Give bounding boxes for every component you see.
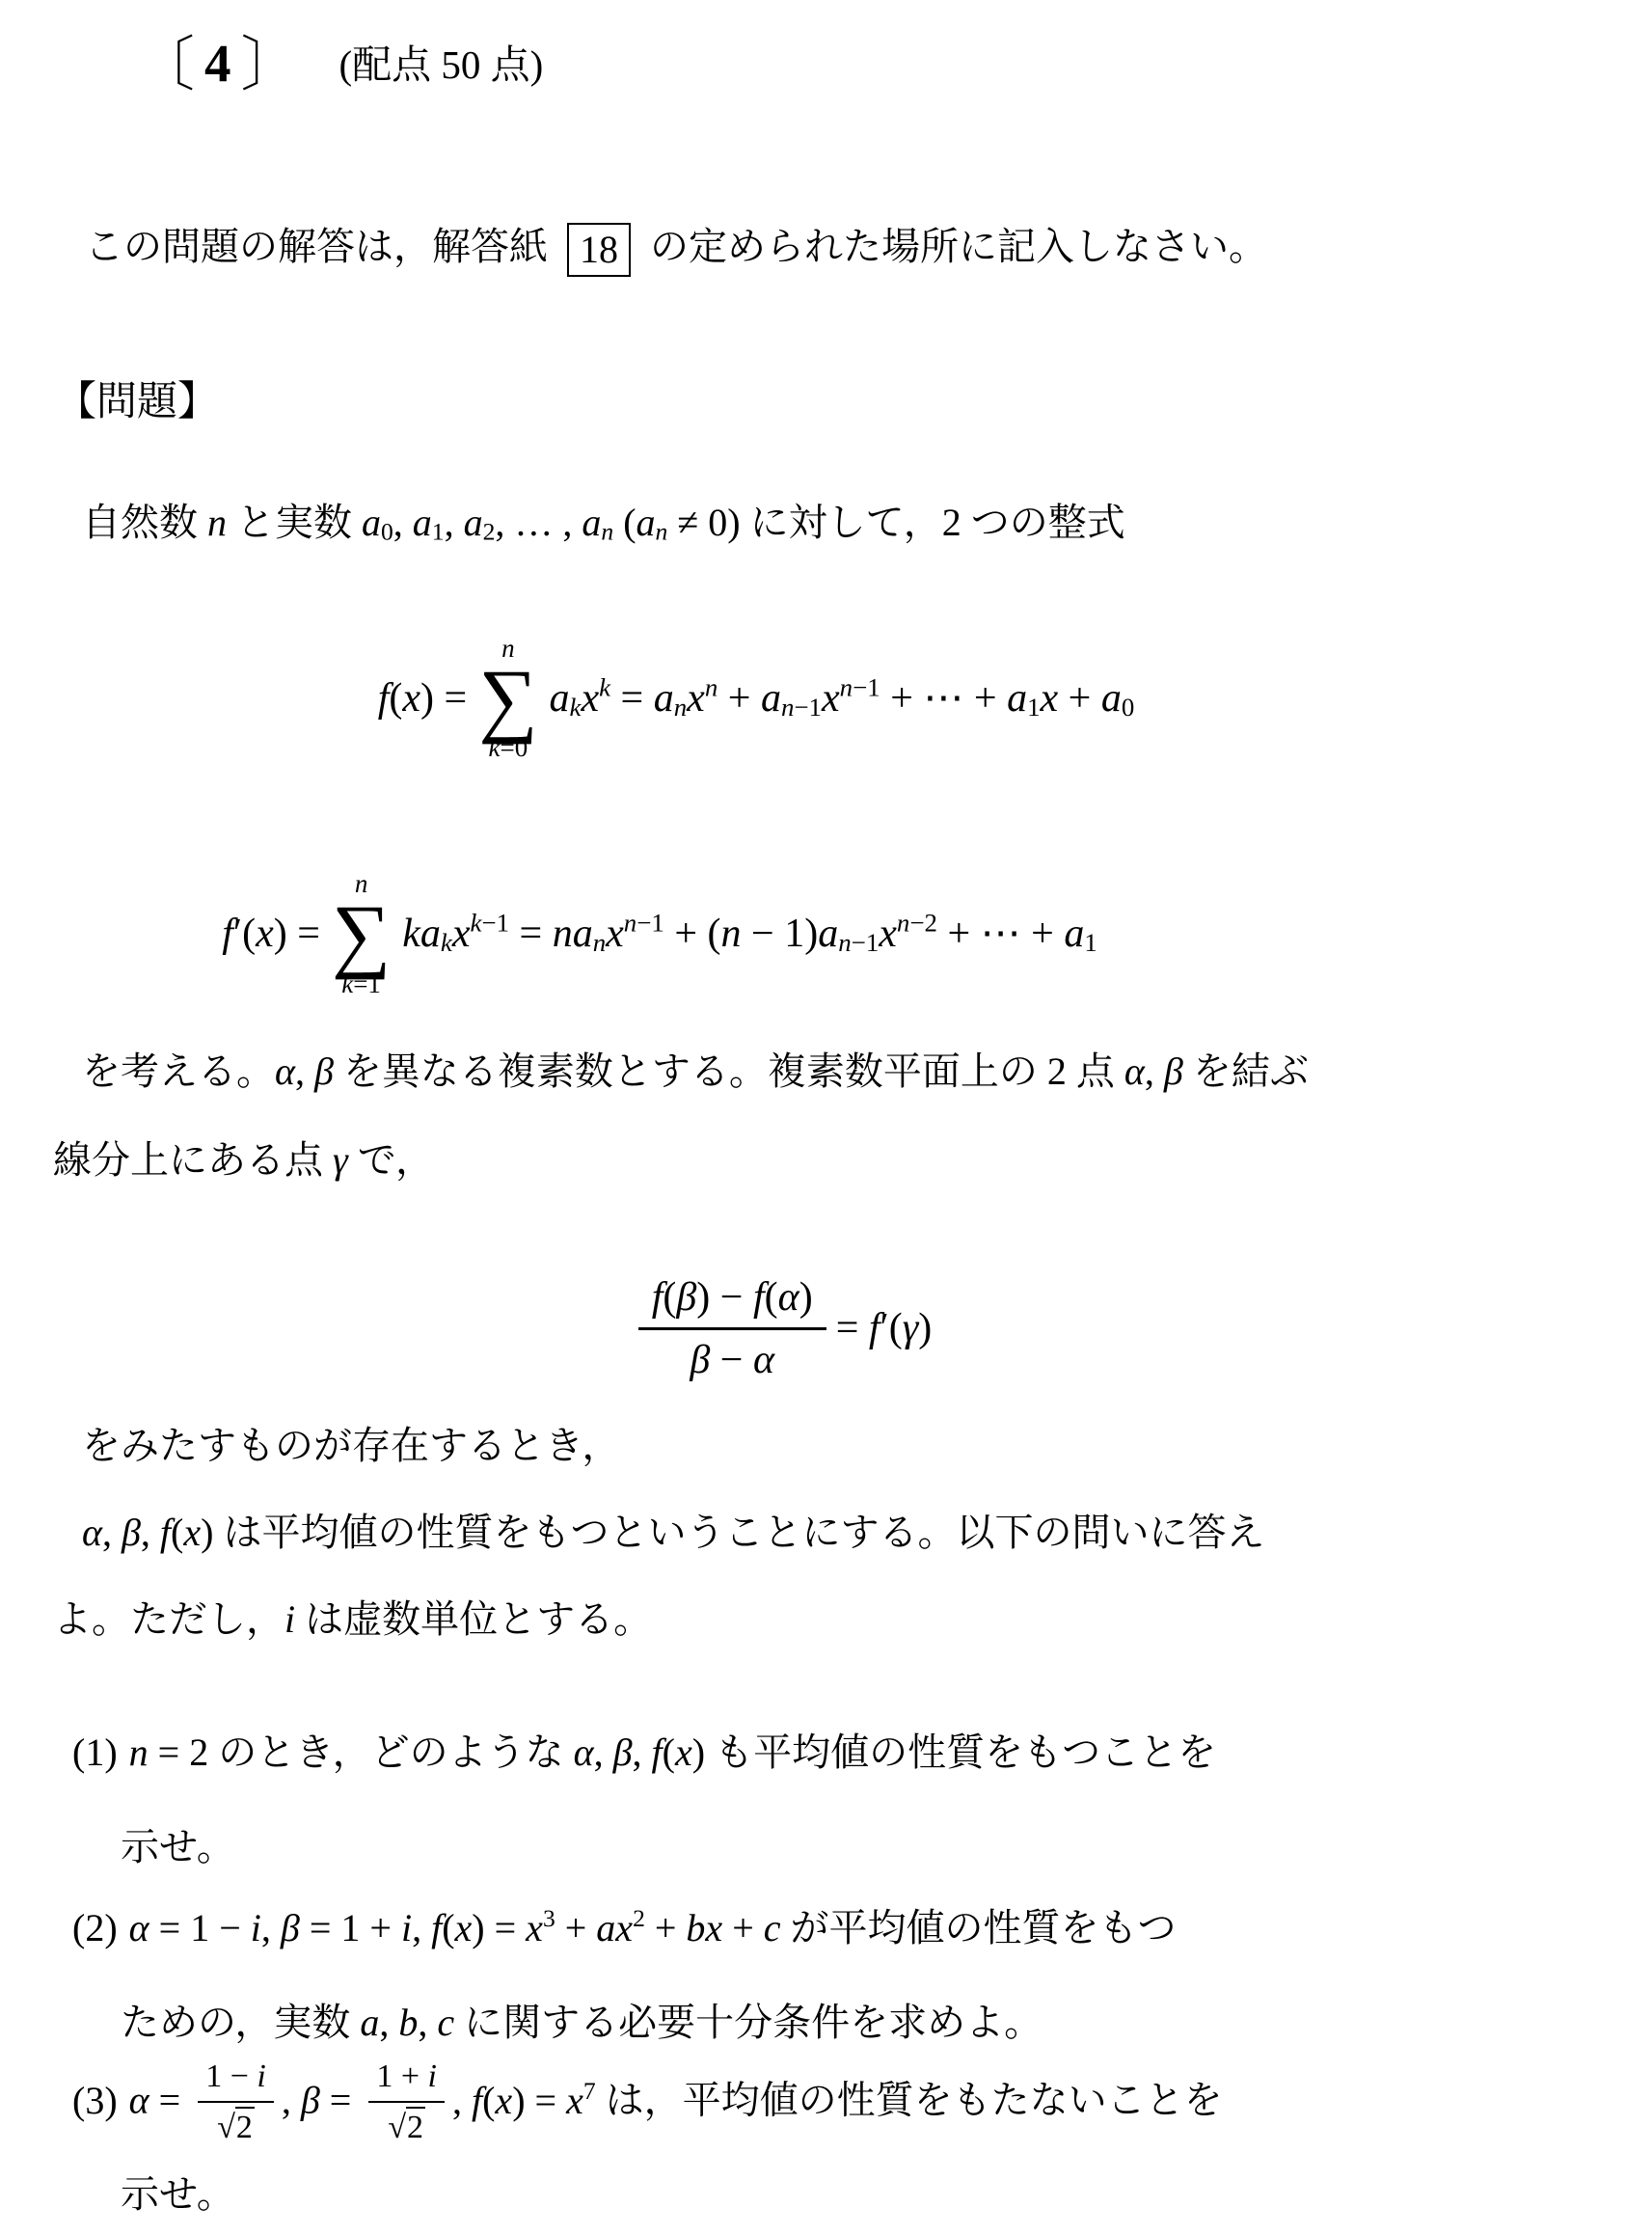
intro-text-2: と実数 (227, 501, 362, 544)
definition-paragraph-line-2: よ。ただし，i は虚数単位とする。 (53, 1591, 1613, 1649)
intro-text-3: に対して，2 つの整式 (741, 501, 1125, 544)
intro-paragraph: 自然数 n と実数 a0, a1, a2, … , an (an ≠ 0) に対… (53, 494, 1613, 552)
question-2-line-2: ための，実数 a, b, c に関する必要十分条件を求めよ。 (53, 1994, 1613, 2052)
condition-paragraph: をみたすものが存在するとき， (53, 1417, 1613, 1475)
fraction-numerator: 1 − i (198, 2058, 274, 2103)
math-imaginary-unit: i (284, 1597, 295, 1641)
question-1-line-2: 示せ。 (53, 1818, 1613, 1876)
summation-operator: n ∑ k=0 (478, 634, 537, 763)
text: よ。ただし， (53, 1597, 284, 1641)
math-alpha-beta: α, β (1124, 1049, 1183, 1093)
text: は虚数単位とする。 (295, 1597, 652, 1641)
text: を異なる複素数とする。複素数平面上の 2 点 (334, 1049, 1124, 1093)
sum-lower-limit: k=0 (489, 733, 528, 763)
complex-numbers-paragraph-line-1: を考える。α, β を異なる複素数とする。複素数平面上の 2 点 α, β を結… (53, 1043, 1613, 1101)
fraction-denominator: β − α (690, 1330, 774, 1383)
formula-f-rhs: akxk = anxn + an−1xn−1 + ⋯ + a1x + a0 (550, 669, 1135, 727)
intro-text-1: 自然数 (82, 501, 207, 544)
text: ための，実数 (121, 2001, 360, 2044)
text: を考える。 (82, 1049, 275, 1093)
math-alpha-beta: α, β (275, 1049, 334, 1093)
heading-open-bracket: 〔 (135, 33, 195, 98)
fraction-alpha-value: 1 − i√2 (198, 2058, 274, 2146)
math-alpha-equals: α = (129, 2079, 191, 2122)
instruction-text-post: の定められた場所に記入しなさい。 (650, 225, 1267, 268)
difference-quotient-fraction: f(β) − f(α) β − α (638, 1274, 826, 1384)
math-f-x-seventh: , f(x) = x7 (452, 2079, 596, 2122)
formula-f-prime-lhs: f′(x) = (222, 905, 320, 963)
definition-paragraph-line-1: α, β, f(x) は平均値の性質をもつということにする。以下の問いに答え (53, 1504, 1613, 1562)
radical-sign: √ (388, 2110, 406, 2145)
math-alpha-beta-f: α, β, f(x) (574, 1731, 705, 1774)
question-3-label: (3) (72, 2079, 118, 2122)
math-n-equals-2: n = 2 (129, 1731, 209, 1774)
answer-sheet-number-box: 18 (567, 223, 631, 277)
formula-f-prime-of-x: f′(x) = n ∑ k=1 kakxk−1 = nanxn−1 + (n −… (0, 869, 1440, 998)
text: は平均値の性質をもつということにする。以下の問いに答え (213, 1511, 1264, 1554)
question-3-line-2: 示せ。 (53, 2166, 1613, 2223)
text: を結ぶ (1183, 1049, 1309, 1093)
text: に関する必要十分条件を求めよ。 (454, 2001, 1043, 2044)
radicand: 2 (406, 2107, 425, 2145)
complex-numbers-paragraph-line-2: 線分上にある点 γ で， (53, 1131, 1613, 1189)
formula-f-lhs: f(x) = (378, 669, 468, 727)
text: が平均値の性質をもつ (781, 1906, 1177, 1949)
math-coefficient-sequence: a0, a1, a2, … , an (an ≠ 0) (362, 501, 741, 544)
math-alpha-beta-f: α, β, f(x) (82, 1511, 213, 1554)
text: 線分上にある点 (53, 1138, 333, 1182)
question-1-line-1: (1)n = 2 のとき，どのような α, β, f(x) も平均値の性質をもつ… (53, 1724, 1613, 1782)
math-alpha-beta-cubic: α = 1 − i, β = 1 + i, f(x) = x3 + ax2 + … (129, 1906, 781, 1949)
sigma-symbol: ∑ (332, 899, 391, 968)
sum-lower-limit: k=1 (341, 969, 381, 999)
math-a-b-c: a, b, c (360, 2001, 454, 2044)
text: のとき，どのような (208, 1731, 573, 1774)
fraction-numerator: f(β) − f(α) (638, 1274, 826, 1330)
summation-operator: n ∑ k=1 (332, 869, 391, 998)
instruction-text-pre: この問題の解答は，解答紙 (85, 225, 548, 268)
math-n: n (207, 501, 227, 544)
problem-number: 4 (204, 34, 231, 93)
math-gamma: γ (333, 1138, 348, 1182)
problem-section-label: 【問題】 (53, 373, 1613, 431)
answer-sheet-instruction: この問題の解答は，解答紙 18 の定められた場所に記入しなさい。 (53, 218, 1613, 277)
fraction-denominator: √2 (388, 2103, 425, 2146)
heading-close-bracket: 〕 (241, 33, 301, 98)
formula-f-prime-rhs: kakxk−1 = nanxn−1 + (n − 1)an−1xn−2 + ⋯ … (402, 905, 1097, 963)
math-beta-equals: , β = (282, 2079, 361, 2122)
problem-heading: 〔4〕 (配点 50 点) (53, 27, 1613, 102)
text: も平均値の性質をもつことを (705, 1731, 1216, 1774)
fraction-denominator: √2 (217, 2103, 255, 2146)
formula-f-of-x: f(x) = n ∑ k=0 akxk = anxn + an−1xn−1 + … (0, 634, 1536, 763)
question-2-label: (2) (72, 1906, 118, 1949)
question-1-label: (1) (72, 1731, 118, 1774)
question-2-line-1: (2)α = 1 − i, β = 1 + i, f(x) = x3 + ax2… (53, 1899, 1613, 1957)
question-3-line-1: (3)α = 1 − i√2, β = 1 + i√2, f(x) = x7 は… (53, 2059, 1613, 2148)
mean-value-equation: f(β) − f(α) β − α = f′(γ) (0, 1274, 1560, 1384)
fraction-beta-value: 1 + i√2 (368, 2058, 445, 2146)
points-allocation: (配点 50 点) (339, 42, 544, 87)
radicand: 2 (235, 2107, 255, 2145)
equals-f-prime-gamma: = f′(γ) (836, 1299, 933, 1357)
text: で， (348, 1138, 434, 1182)
sigma-symbol: ∑ (478, 664, 537, 733)
fraction-numerator: 1 + i (368, 2058, 445, 2103)
text: は，平均値の性質をもたないことを (596, 2079, 1223, 2122)
radical-sign: √ (217, 2110, 235, 2145)
exam-document-page: 〔4〕 (配点 50 点) この問題の解答は，解答紙 18 の定められた場所に記… (0, 0, 1652, 2223)
